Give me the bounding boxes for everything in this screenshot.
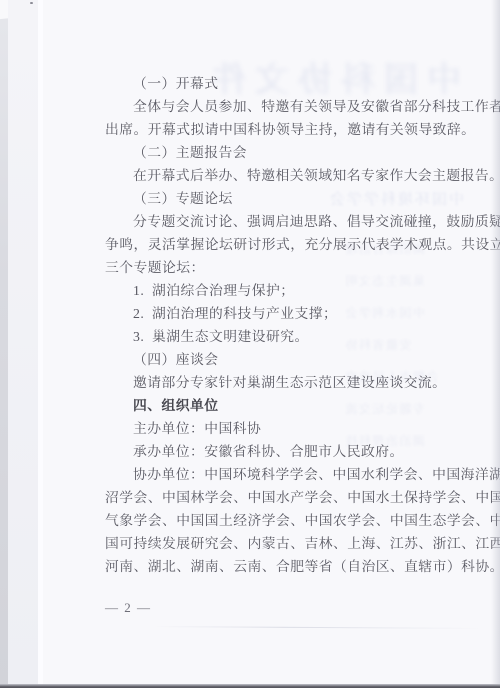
doc-line: 全体与会人员参加、特邀有关领导及安徽省部分科技工作者	[105, 95, 495, 118]
doc-line: （四）座谈会	[105, 348, 495, 371]
document-body: （一）开幕式全体与会人员参加、特邀有关领导及安徽省部分科技工作者出席。开幕式拟请…	[105, 72, 495, 578]
paper-crease	[153, 626, 483, 629]
doc-line: 1. 湖泊综合治理与保护；	[105, 279, 495, 302]
doc-line: 3. 巢湖生态文明建设研究。	[105, 325, 495, 348]
doc-line: 国可持续发展研究会、内蒙古、吉林、上海、江苏、浙江、江西、	[105, 532, 495, 555]
doc-line: 承办单位：安徽省科协、合肥市人民政府。	[105, 440, 495, 463]
doc-line: 四、组织单位	[105, 394, 495, 417]
doc-line: 分专题交流讨论、强调启迪思路、倡导交流碰撞，鼓励质疑	[105, 210, 495, 233]
doc-line: 气象学会、中国国土经济学会、中国农学会、中国生态学会、中	[105, 509, 495, 532]
doc-line: （二）主题报告会	[105, 141, 495, 164]
doc-line: 出席。开幕式拟请中国科协领导主持，邀请有关领导致辞。	[105, 118, 495, 141]
doc-line: 主办单位：中国科协	[105, 417, 495, 440]
doc-line: 三个专题论坛：	[105, 256, 495, 279]
doc-line: 在开幕式后举办、特邀相关领域知名专家作大会主题报告。	[105, 164, 495, 187]
scanner-background-strip	[0, 0, 8, 688]
doc-line: 协办单位：中国环境科学学会、中国水利学会、中国海洋湖	[105, 463, 495, 486]
scan-speck	[30, 2, 33, 4]
doc-line: （三）专题论坛	[105, 187, 495, 210]
scanned-document: 中国科协文件 中国环境科学学会 湖泊综合治理巢湖生态文明中国水利学会安徽省科协合…	[0, 0, 500, 688]
document-page: 中国科协文件 中国环境科学学会 湖泊综合治理巢湖生态文明中国水利学会安徽省科协合…	[38, 0, 500, 684]
scan-bottom-edge	[0, 684, 500, 688]
doc-line: 邀请部分专家针对巢湖生态示范区建设座谈交流。	[105, 371, 495, 394]
underlying-page-edge	[8, 0, 38, 684]
doc-line: 2. 湖泊治理的科技与产业支撑；	[105, 302, 495, 325]
doc-line: 争鸣，灵活掌握论坛研讨形式，充分展示代表学术观点。共设立	[105, 233, 495, 256]
doc-line: 河南、湖北、湖南、云南、合肥等省（自治区、直辖市）科协。	[105, 555, 495, 578]
page-edge-shade	[491, 0, 500, 684]
doc-line: 沼学会、中国林学会、中国水产学会、中国水土保持学会、中国	[105, 486, 495, 509]
doc-line: （一）开幕式	[105, 72, 495, 95]
page-number: — 2 —	[105, 600, 152, 616]
